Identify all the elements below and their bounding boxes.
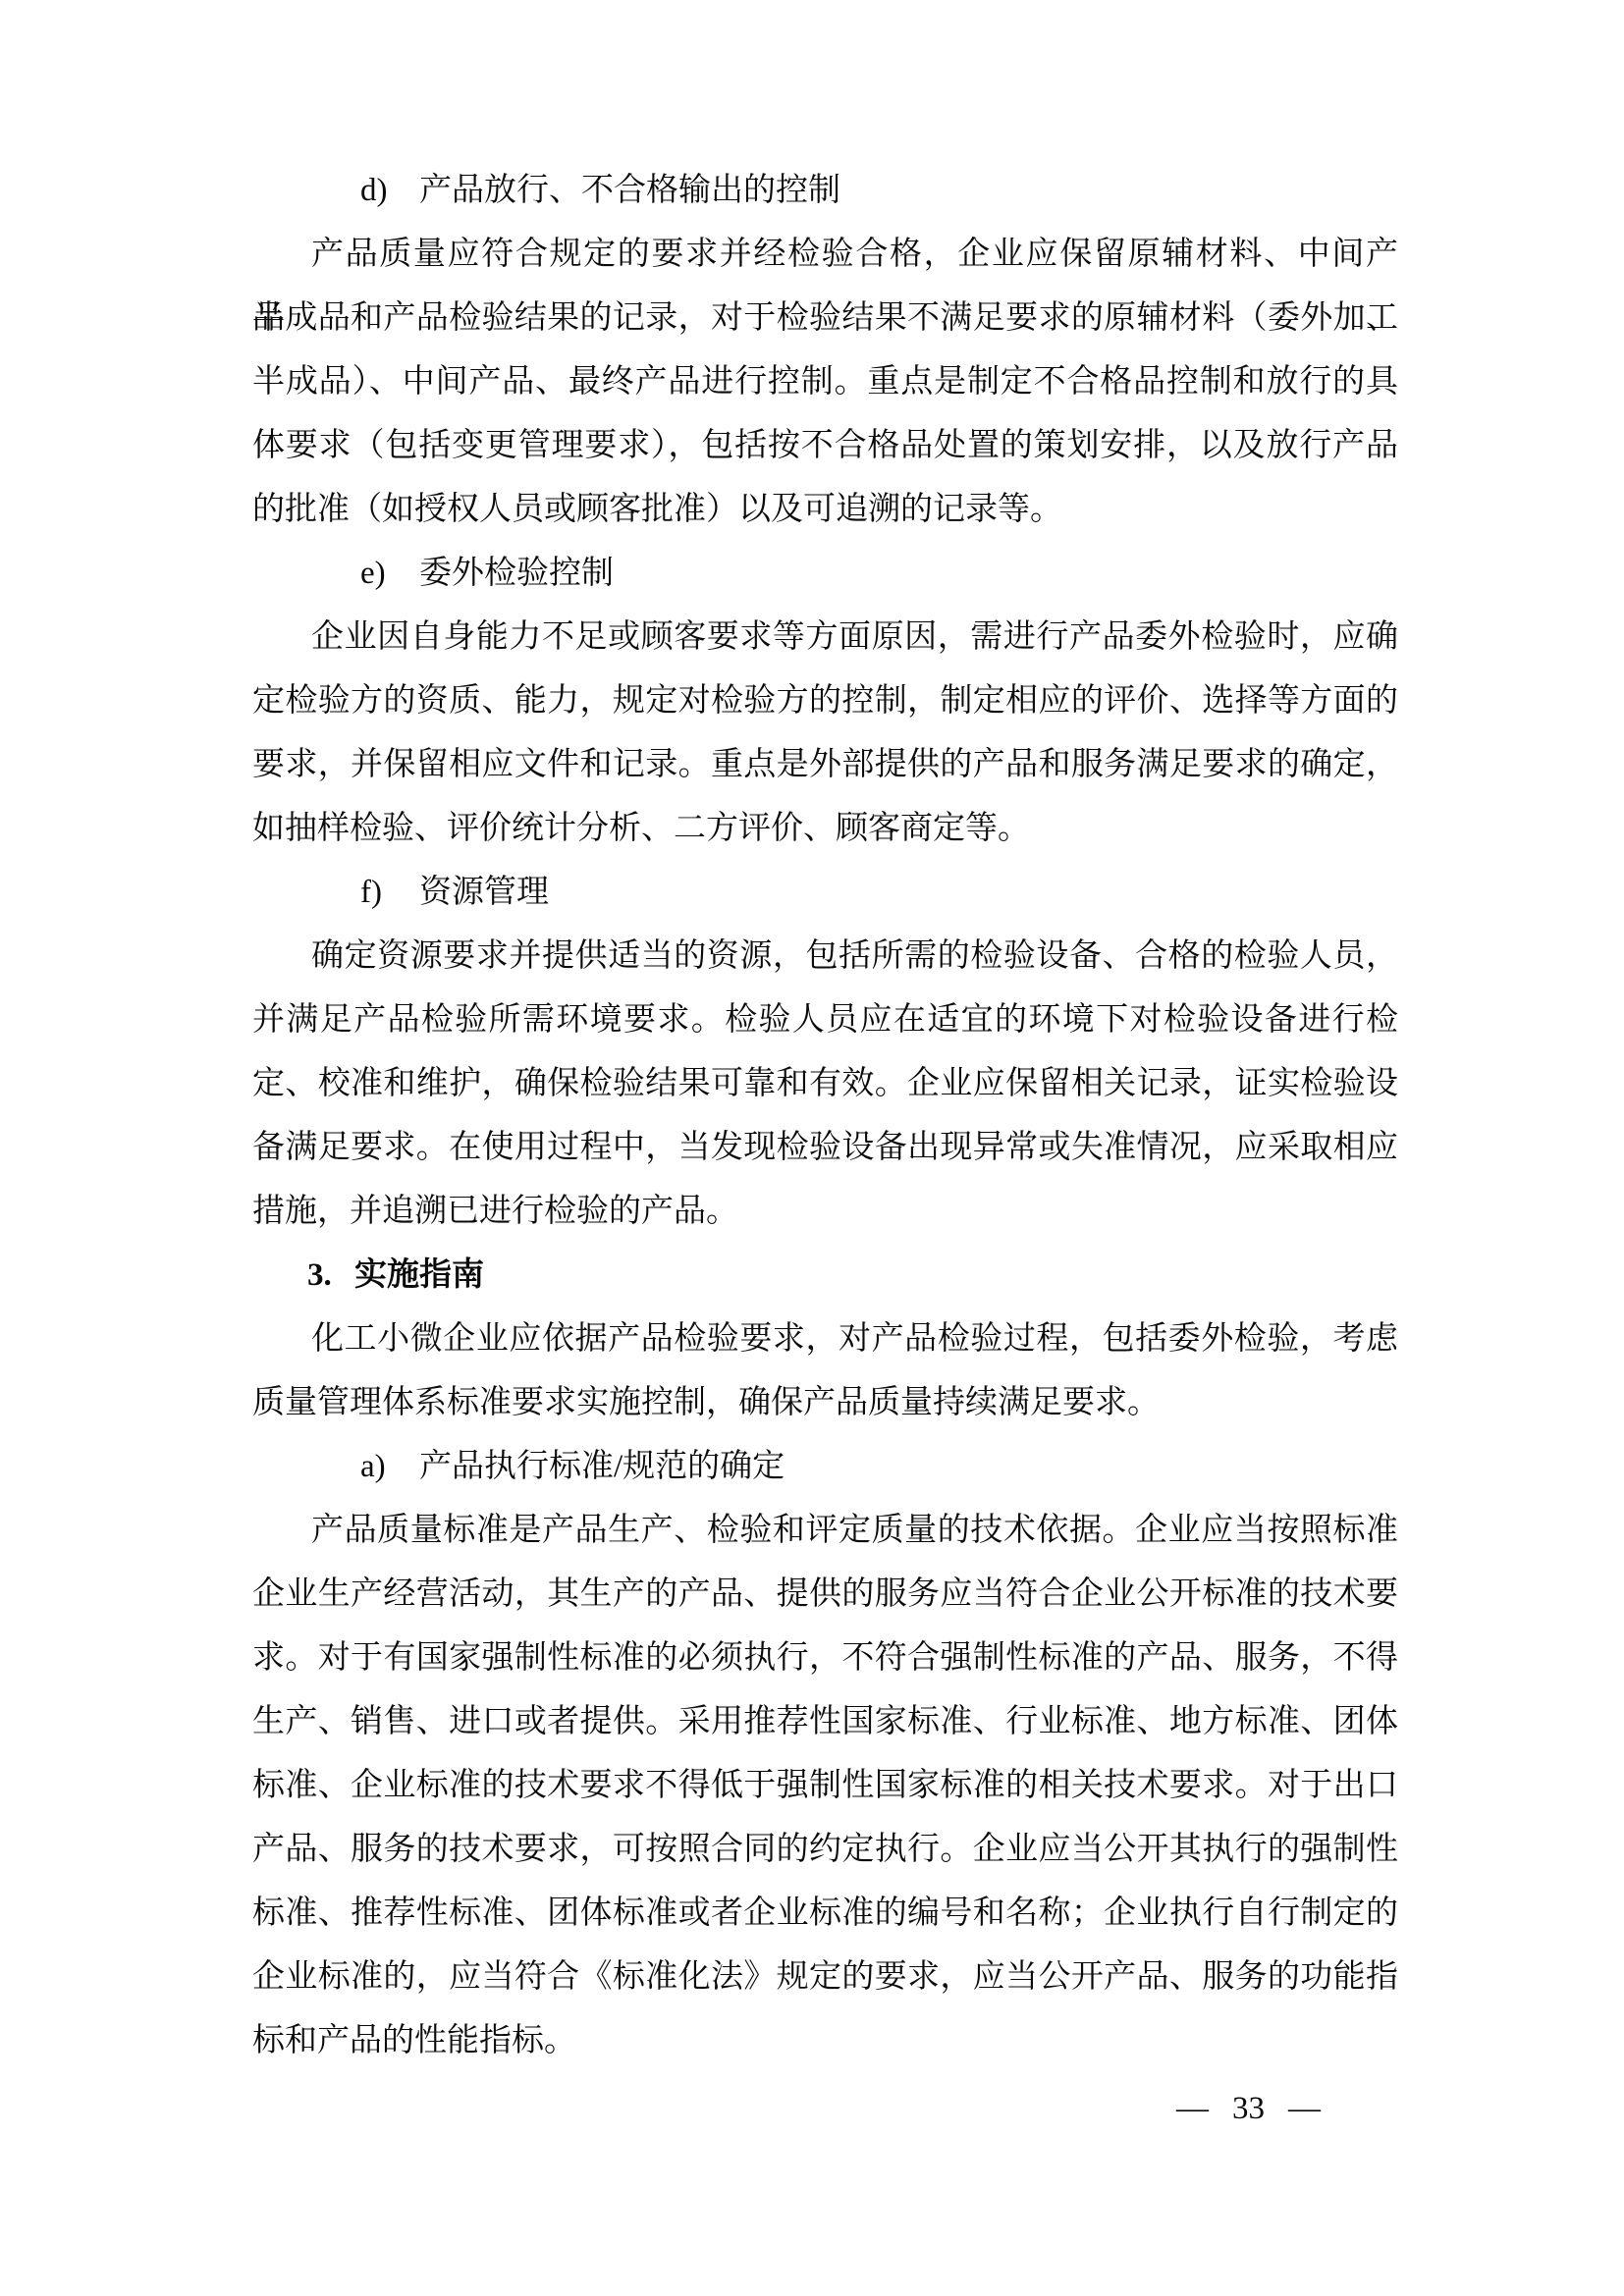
text-line: 体要求（包括变更管理要求），包括按不合格品处置的策划安排，以及放行产品 [252,414,1398,478]
list-item-line: f)资源管理 [252,861,1398,925]
text-line: 企业生产经营活动，其生产的产品、提供的服务应当符合企业公开标准的技术要 [252,1563,1398,1627]
heading-title: 实施指南 [354,1257,484,1293]
text-line: 质量管理体系标准要求实施控制，确保产品质量持续满足要求。 [252,1371,1398,1435]
item-title: 产品放行、不合格输出的控制 [419,173,840,208]
text-line: 标准、企业标准的技术要求不得低于强制性国家标准的相关技术要求。对于出口 [252,1754,1398,1818]
text-line: 并满足产品检验所需环境要求。检验人员应在适宜的环境下对检验设备进行检 [252,988,1398,1052]
item-title: 委外检验控制 [419,556,614,591]
text-line: 定检验方的资质、能力，规定对检验方的控制，制定相应的评价、选择等方面的 [252,669,1398,733]
text-line: 产品质量标准是产品生产、检验和评定质量的技术依据。企业应当按照标准 [252,1499,1398,1563]
list-item-line: e)委外检验控制 [252,542,1398,606]
list-item-line: a)产品执行标准/规范的确定 [252,1435,1398,1499]
text-line: 半成品和产品检验结果的记录，对于检验结果不满足要求的原辅材料（委外加工 [252,287,1398,350]
page-number: 33 [1232,2091,1265,2126]
text-line: 备满足要求。在使用过程中，当发现检验设备出现异常或失准情况，应采取相应 [252,1116,1398,1180]
text-line: 标和产品的性能指标。 [252,2009,1398,2073]
text-line: 的批准（如授权人员或顾客批准）以及可追溯的记录等。 [252,478,1398,542]
text-line: 半成品）、中间产品、最终产品进行控制。重点是制定不合格品控制和放行的具 [252,350,1398,414]
text-line: 企业标准的，应当符合《标准化法》规定的要求，应当公开产品、服务的功能指 [252,1946,1398,2009]
heading-number: 3. [307,1244,354,1308]
text-line: 标准、推荐性标准、团体标准或者企业标准的编号和名称；企业执行自行制定的 [252,1882,1398,1946]
item-label: a) [360,1435,419,1499]
item-title: 产品执行标准/规范的确定 [419,1449,785,1484]
text-line: 产品质量应符合规定的要求并经检验合格，企业应保留原辅材料、中间产品、 [252,223,1398,287]
text-line: 要求，并保留相应文件和记录。重点是外部提供的产品和服务满足要求的确定， [252,733,1398,797]
item-label: e) [360,542,419,606]
text-line: 如抽样检验、评价统计分析、二方评价、顾客商定等。 [252,797,1398,861]
text-line: 定、校准和维护，确保检验结果可靠和有效。企业应保留相关记录，证实检验设 [252,1052,1398,1116]
footer-dash-left: — [1176,2091,1209,2126]
document-page: d)产品放行、不合格输出的控制产品质量应符合规定的要求并经检验合格，企业应保留原… [0,0,1624,2296]
text-line: 产品、服务的技术要求，可按照合同的约定执行。企业应当公开其执行的强制性 [252,1818,1398,1882]
section-heading-line: 3.实施指南 [252,1244,1398,1308]
item-label: d) [360,159,419,223]
text-line: 求。对于有国家强制性标准的必须执行，不符合强制性标准的产品、服务，不得 [252,1627,1398,1690]
page-footer: — 33 — [1176,2091,1321,2126]
item-title: 资源管理 [419,875,549,910]
text-line: 企业因自身能力不足或顾客要求等方面原因，需进行产品委外检验时，应确 [252,606,1398,669]
document-body: d)产品放行、不合格输出的控制产品质量应符合规定的要求并经检验合格，企业应保留原… [252,159,1398,2073]
text-line: 生产、销售、进口或者提供。采用推荐性国家标准、行业标准、地方标准、团体 [252,1690,1398,1754]
text-line: 化工小微企业应依据产品检验要求，对产品检验过程，包括委外检验，考虑 [252,1308,1398,1371]
list-item-line: d)产品放行、不合格输出的控制 [252,159,1398,223]
footer-dash-right: — [1288,2091,1321,2126]
item-label: f) [360,861,419,925]
text-line: 措施，并追溯已进行检验的产品。 [252,1180,1398,1244]
text-line: 确定资源要求并提供适当的资源，包括所需的检验设备、合格的检验人员， [252,925,1398,988]
